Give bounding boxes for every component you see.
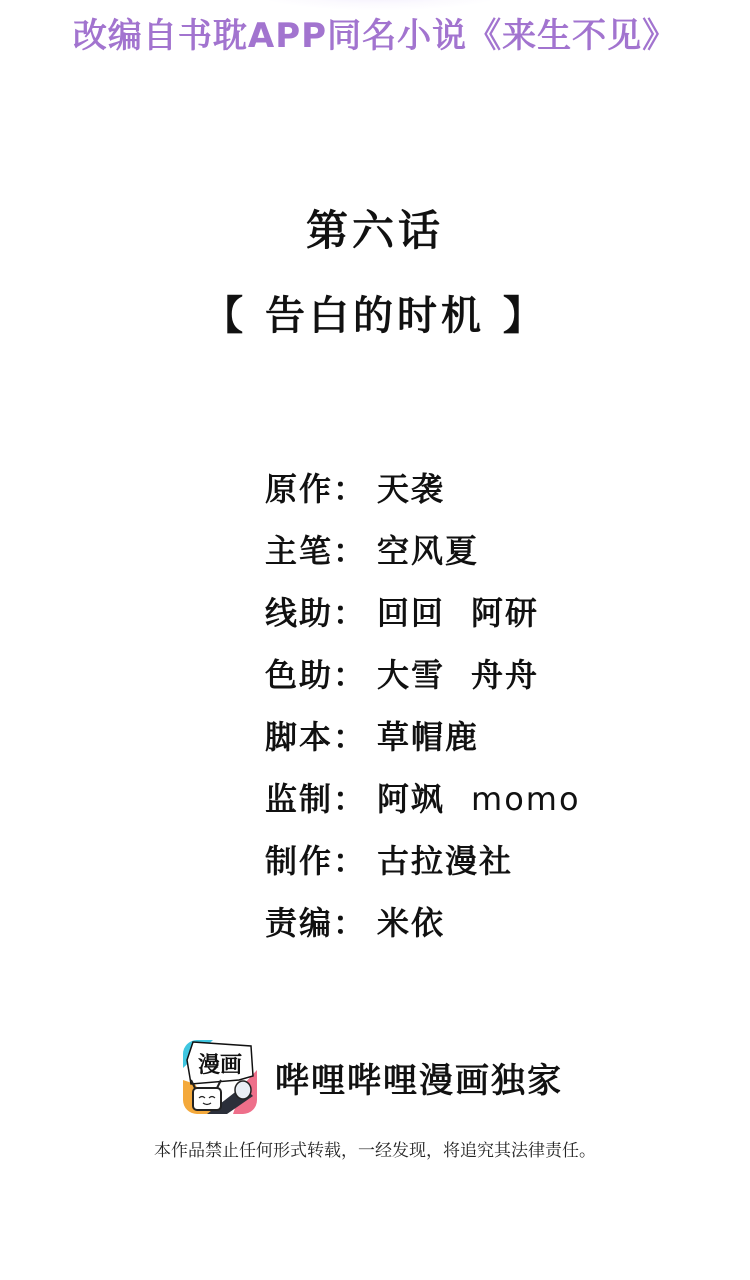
credit-row-editor: 责编： 米依	[265, 892, 581, 954]
credit-name: 米依	[377, 901, 445, 945]
credit-role: 线助：	[265, 591, 377, 635]
top-glow-decoration	[250, 0, 510, 10]
credit-name: momo	[471, 777, 581, 821]
credit-name: 回回	[377, 591, 445, 635]
credit-name: 草帽鹿	[377, 715, 479, 759]
exclusive-label: 哔哩哔哩漫画独家	[275, 1053, 563, 1102]
credit-role: 原作：	[265, 467, 377, 511]
credit-role: 监制：	[265, 777, 377, 821]
credit-row-script: 脚本： 草帽鹿	[265, 706, 581, 768]
credits-list: 原作： 天袭 主笔： 空风夏 线助： 回回 阿研 色助： 大雪 舟舟 脚本： 草…	[265, 458, 581, 954]
credit-name: 天袭	[377, 467, 445, 511]
credit-row-color-assistant: 色助： 大雪 舟舟	[265, 644, 581, 706]
credit-name: 空风夏	[377, 529, 479, 573]
credit-row-supervisor: 监制： 阿飒 momo	[265, 768, 581, 830]
chapter-number: 第六话	[0, 205, 750, 257]
credit-name: 阿研	[471, 591, 539, 635]
svg-text:漫画: 漫画	[198, 1052, 242, 1078]
adaptation-note: 改编自书耽APP同名小说《来生不见》	[0, 14, 750, 58]
bilibili-comics-app-icon: 漫画	[183, 1040, 257, 1114]
credit-role: 责编：	[265, 901, 377, 945]
credit-role: 脚本：	[265, 715, 377, 759]
credit-row-original-author: 原作： 天袭	[265, 458, 581, 520]
credit-role: 主笔：	[265, 529, 377, 573]
chapter-title: 【 告白的时机 】	[0, 290, 750, 342]
credit-name: 古拉漫社	[377, 839, 513, 883]
copyright-notice: 本作品禁止任何形式转载，一经发现，将追究其法律责任。	[0, 1139, 750, 1163]
platform-exclusive-badge: 漫画 哔哩哔哩漫画独家	[183, 1040, 563, 1114]
credit-name: 大雪	[377, 653, 445, 697]
credit-name: 舟舟	[471, 653, 539, 697]
credit-role: 色助：	[265, 653, 377, 697]
credit-row-line-assistant: 线助： 回回 阿研	[265, 582, 581, 644]
credit-row-production: 制作： 古拉漫社	[265, 830, 581, 892]
credit-name: 阿飒	[377, 777, 445, 821]
credit-role: 制作：	[265, 839, 377, 883]
credit-row-lead-artist: 主笔： 空风夏	[265, 520, 581, 582]
